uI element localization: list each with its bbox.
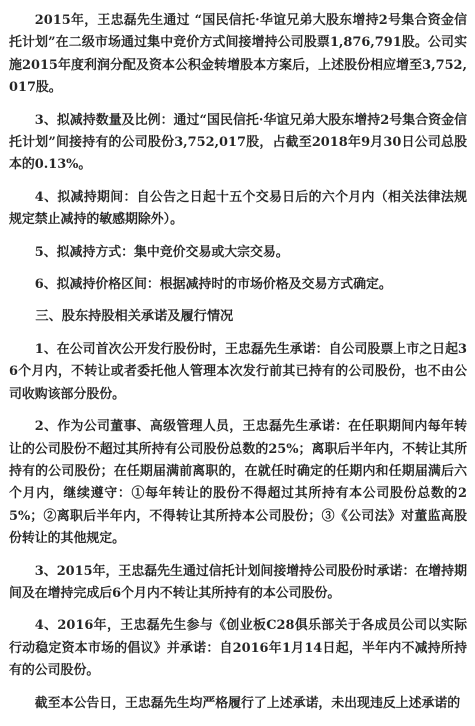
- section-heading-commitments: 三、股东持股相关承诺及履行情况: [9, 306, 467, 328]
- paragraph-item-6-price-range: 6、拟减持价格区间：根据减持时的市场价格及交易方式确定。: [9, 274, 467, 296]
- paragraph-item-4-period: 4、拟减持期间：自公告之日起十五个交易日后的六个月内（相关法律法规规定禁止减持的…: [9, 187, 467, 232]
- paragraph-compliance-status: 截至本公告日，王忠磊先生均严格履行了上述承诺，未出现违反上述承诺的: [9, 693, 467, 715]
- paragraph-increase-2015: 2015年，王忠磊先生通过 “国民信托·华谊兄弟大股东增持2号集合资金信托计划”…: [9, 10, 467, 100]
- paragraph-commitment-3-trust: 3、2015年，王忠磊先生通过信托计划间接增持公司股份时承诺：在增持期间及在增持…: [9, 561, 467, 606]
- paragraph-commitment-2-director: 2、作为公司董事、高级管理人员，王忠磊先生承诺：在任职期间内每年转让的公司股份不…: [9, 416, 467, 550]
- paragraph-item-5-method: 5、拟减持方式：集中竞价交易或大宗交易。: [9, 242, 467, 264]
- document-page: 2015年，王忠磊先生通过 “国民信托·华谊兄弟大股东增持2号集合资金信托计划”…: [0, 0, 475, 726]
- paragraph-commitment-4-c28: 4、2016年，王忠磊先生参与《创业板C28俱乐部关于各成员公司以实际行动稳定资…: [9, 615, 467, 682]
- paragraph-commitment-1-ipo: 1、在公司首次公开发行股份时，王忠磊先生承诺：自公司股票上市之日起36个月内，不…: [9, 339, 467, 406]
- paragraph-item-3-quantity-ratio: 3、拟减持数量及比例：通过“国民信托·华谊兄弟大股东增持2号集合资金信托计划”间…: [9, 110, 467, 177]
